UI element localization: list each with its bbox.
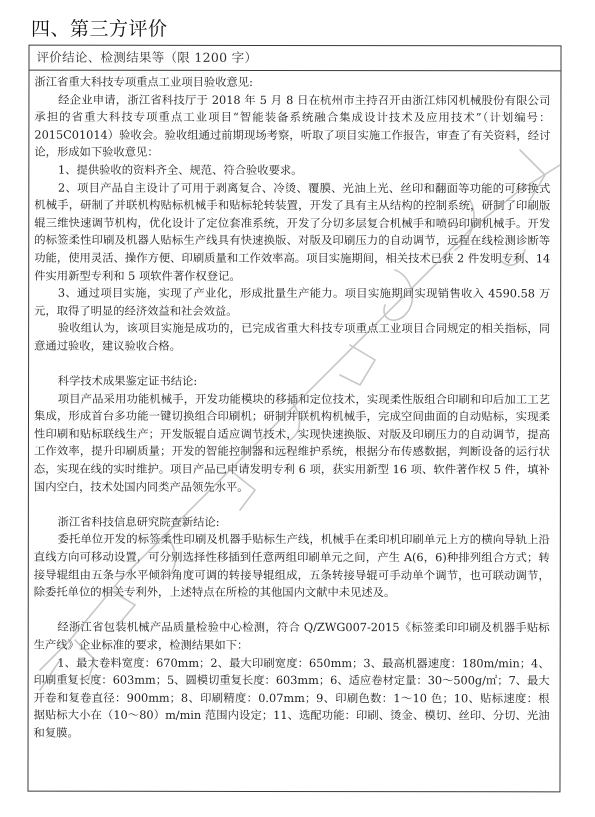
acceptance-conclusion: 验收组认为，该项目实施是成功的，已完成省重大科技专项重点工业项目合同规定的相关指… bbox=[34, 320, 550, 356]
appraisal-body: 项目产品采用功能机械手，开发功能模块的移插和定位技术，实现柔性版组合印刷和印后加… bbox=[34, 390, 550, 496]
appraisal-heading: 科学技术成果鉴定证书结论: bbox=[34, 373, 550, 391]
spacer bbox=[34, 496, 550, 514]
spacer bbox=[34, 601, 550, 619]
acceptance-item-2: 2、项目产品自主设计了可用于剥离复合、冷烫、覆膜、光油上光、丝印和翻面等功能的可… bbox=[34, 179, 550, 285]
acceptance-item-1: 1、提供验收的资料齐全、规范、符合验收要求。 bbox=[34, 162, 550, 180]
inspection-results: 1、最大卷料宽度：670mm；2、最大印刷宽度：650mm；3、最高机器速度：1… bbox=[34, 654, 550, 743]
novelty-search-heading: 浙江省科技信息研究院查新结论: bbox=[34, 513, 550, 531]
table-header: 评价结论、检测结果等（限 1200 字） bbox=[29, 46, 560, 72]
acceptance-intro: 经企业申请，浙江省科技厅于 2018 年 5 月 8 日在杭州市主持召开由浙江炜… bbox=[34, 91, 550, 162]
inspection-intro: 经浙江省包装机械产品质量检验中心检测，符合 Q/ZWG007-2015《标签柔印… bbox=[34, 619, 550, 655]
acceptance-item-3: 3、通过项目实施，实现了产业化，形成批量生产能力。项目实施期间实现销售收入 45… bbox=[34, 285, 550, 321]
spacer bbox=[34, 355, 550, 373]
acceptance-heading: 浙江省重大科技专项重点工业项目验收意见: bbox=[34, 74, 550, 92]
table-body: 浙江省重大科技专项重点工业项目验收意见: 经企业申请，浙江省科技厅于 2018 … bbox=[29, 71, 561, 743]
novelty-search-body: 委托单位开发的标签柔性印刷及机器手贴标生产线，机械手在柔印机印刷单元上方的横向导… bbox=[34, 531, 550, 602]
section-title: 四、第三方评价 bbox=[31, 17, 168, 41]
evaluation-table: 评价结论、检测结果等（限 1200 字） 浙江省重大科技专项重点工业项目验收意见… bbox=[27, 45, 561, 793]
